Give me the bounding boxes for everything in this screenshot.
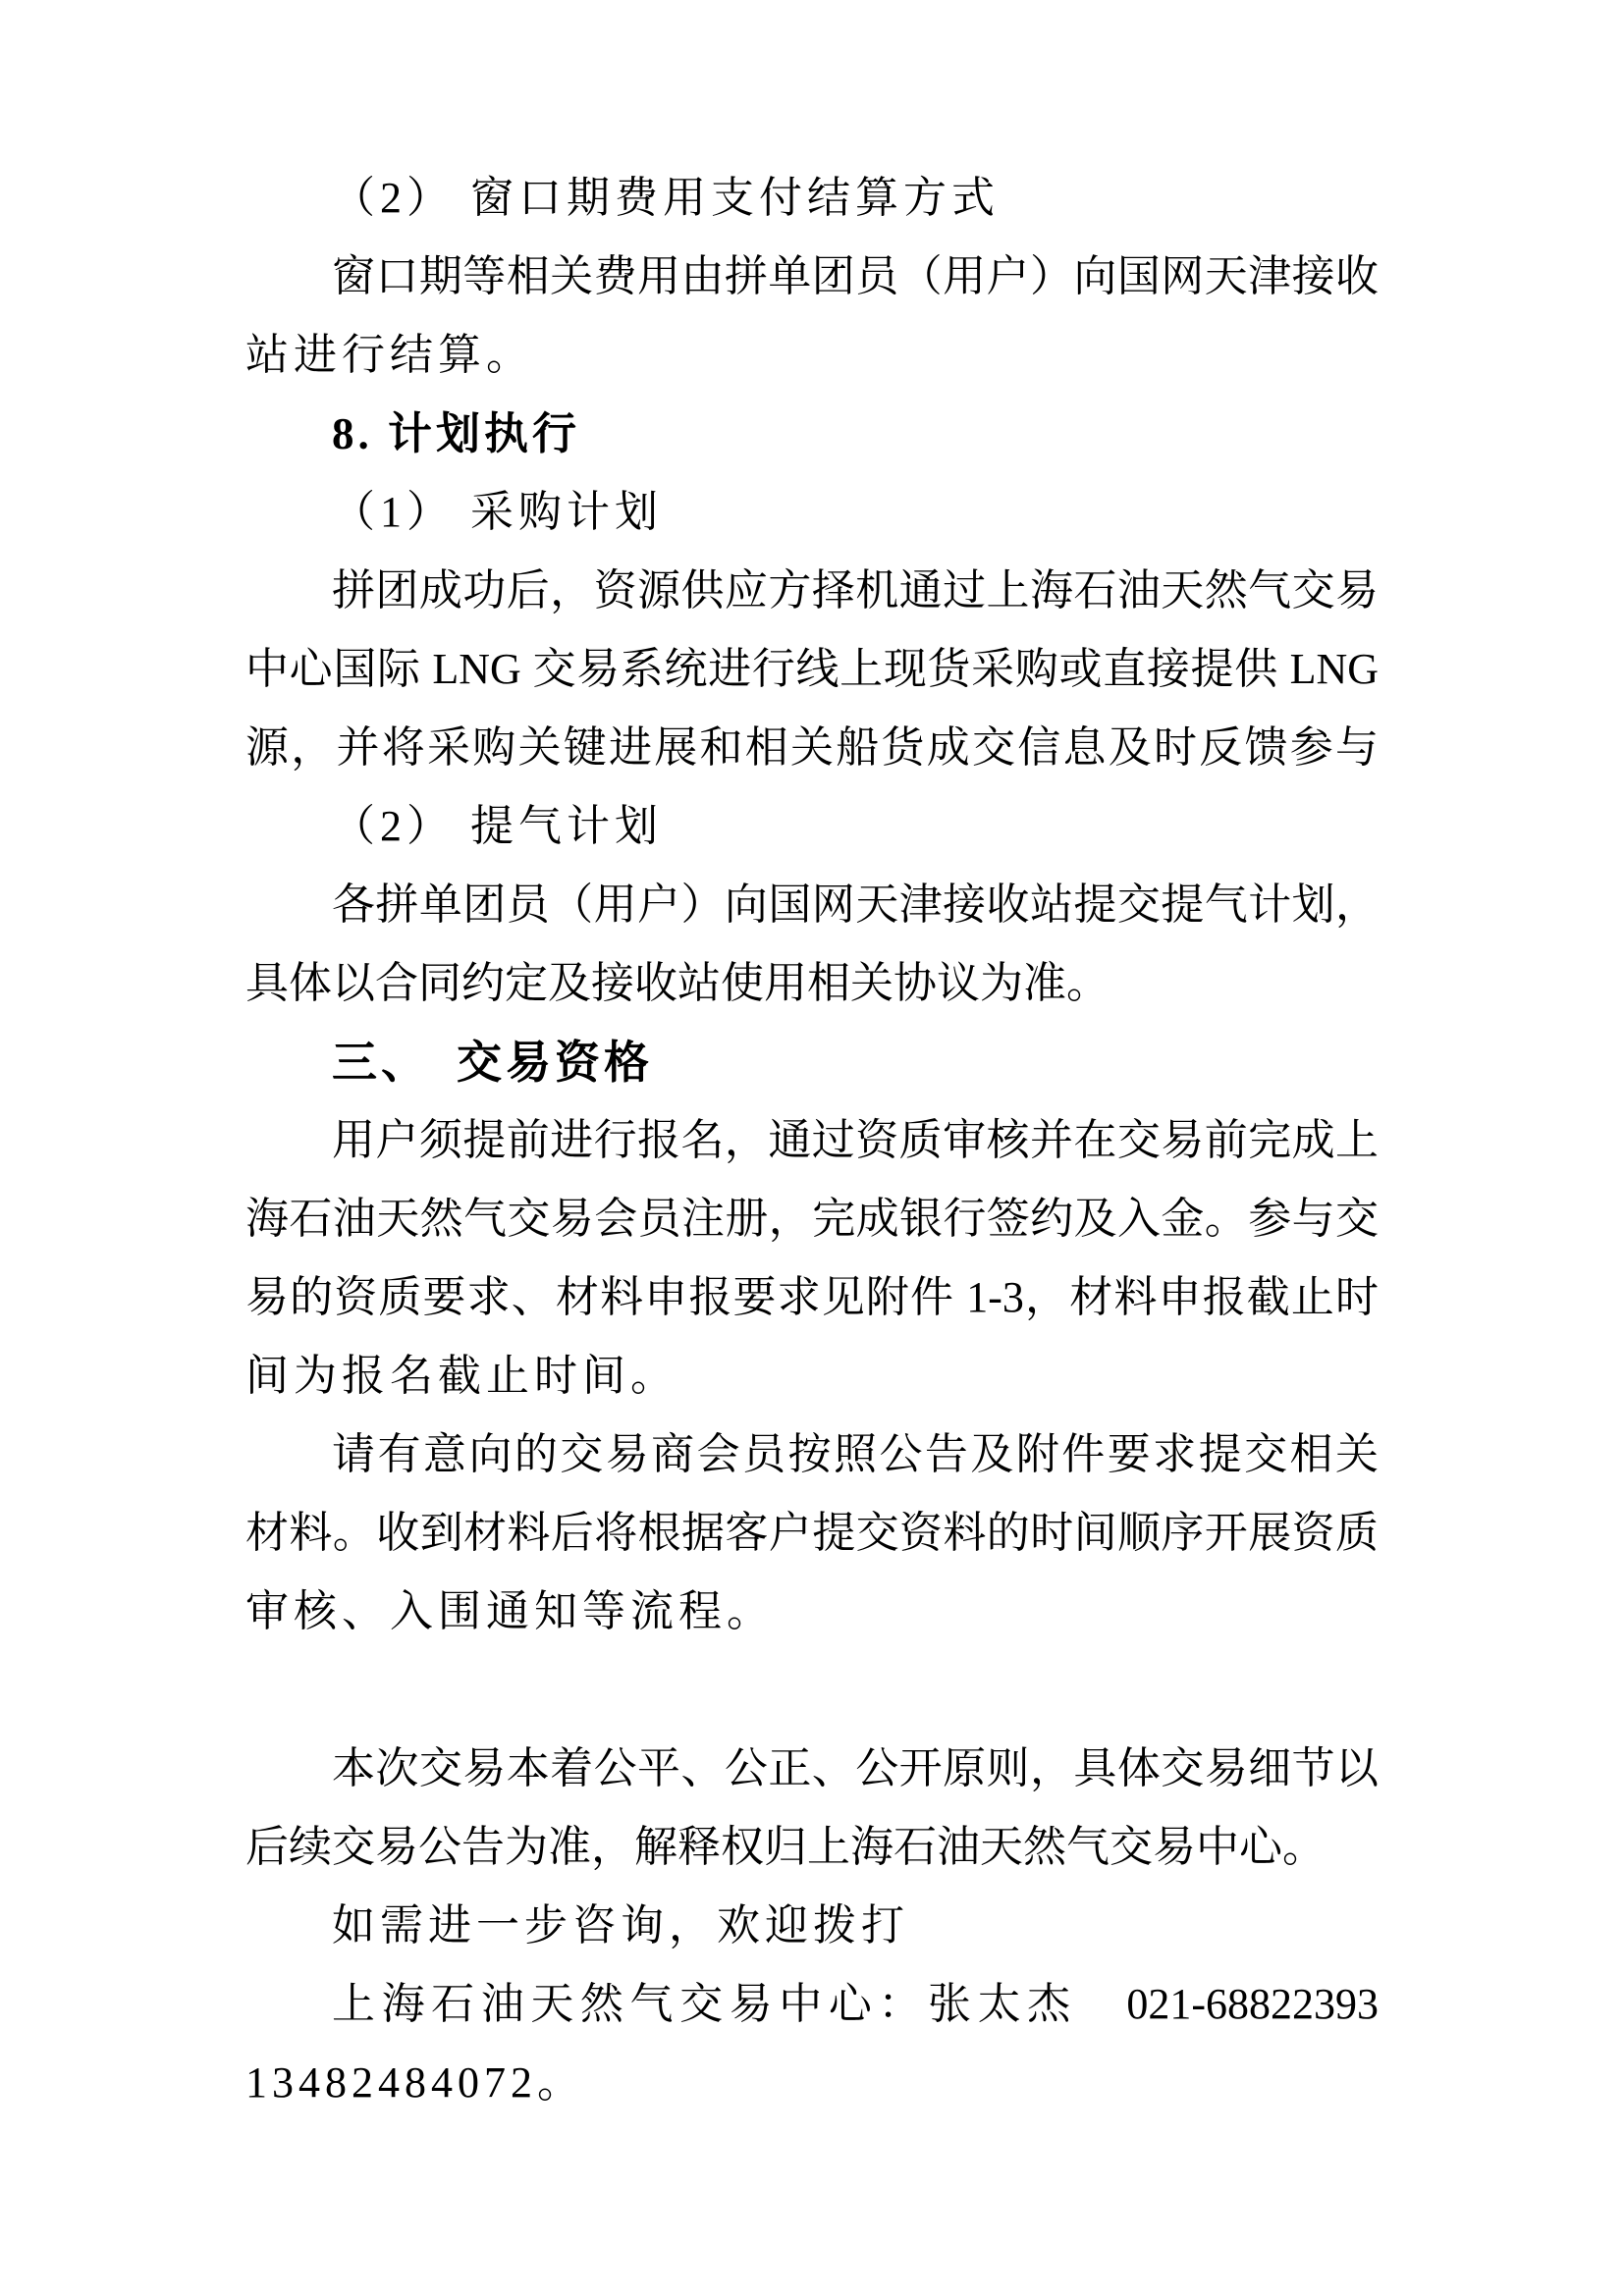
- paragraph-line: 上海石油天然气交易中心：张太杰 021-68822393: [245, 1965, 1379, 2044]
- paragraph-line: 易的资质要求、材料申报要求见附件 1-3，材料申报截止时: [245, 1258, 1379, 1337]
- paragraph-line: 13482484072。: [245, 2044, 1379, 2122]
- paragraph-line: 请有意向的交易商会员按照公告及附件要求提交相关: [245, 1415, 1379, 1494]
- paragraph-line: 本次交易本着公平、公正、公开原则，具体交易细节以: [245, 1730, 1379, 1808]
- paragraph-line: （2） 提气计划: [245, 787, 1379, 866]
- paragraph-line: （2） 窗口期费用支付结算方式: [245, 159, 1379, 238]
- paragraph-line: （1） 采购计划: [245, 473, 1379, 552]
- paragraph-line: 后续交易公告为准，解释权归上海石油天然气交易中心。: [245, 1808, 1379, 1887]
- paragraph-line: 海石油天然气交易会员注册，完成银行签约及入金。参与交: [245, 1180, 1379, 1258]
- paragraph-line: 审核、入围通知等流程。: [245, 1573, 1379, 1651]
- paragraph-line: 具体以合同约定及接收站使用相关协议为准。: [245, 944, 1379, 1023]
- paragraph-line: 如需进一步咨询，欢迎拨打: [245, 1887, 1379, 1965]
- paragraph-line: 中心国际 LNG 交易系统进行线上现货采购或直接提供 LNG 资: [245, 630, 1379, 709]
- paragraph-line: 各拼单团员（用户）向国网天津接收站提交提气计划，: [245, 866, 1379, 944]
- paragraph-line: 间为报名截止时间。: [245, 1337, 1379, 1415]
- document-page: （2） 窗口期费用支付结算方式窗口期等相关费用由拼单团员（用户）向国网天津接收站…: [0, 0, 1624, 2296]
- sub-heading: 8. 计划执行: [245, 395, 1379, 473]
- document-body: （2） 窗口期费用支付结算方式窗口期等相关费用由拼单团员（用户）向国网天津接收站…: [245, 159, 1379, 2122]
- blank-line: [245, 1651, 1379, 1730]
- paragraph-line: 用户须提前进行报名，通过资质审核并在交易前完成上: [245, 1101, 1379, 1180]
- paragraph-line: 源，并将采购关键进展和相关船货成交信息及时反馈参与方。: [245, 709, 1379, 787]
- section-heading: 三、 交易资格: [245, 1023, 1379, 1101]
- paragraph-line: 拼团成功后，资源供应方择机通过上海石油天然气交易: [245, 552, 1379, 630]
- paragraph-line: 材料。收到材料后将根据客户提交资料的时间顺序开展资质: [245, 1494, 1379, 1573]
- paragraph-line: 站进行结算。: [245, 316, 1379, 395]
- paragraph-line: 窗口期等相关费用由拼单团员（用户）向国网天津接收: [245, 238, 1379, 316]
